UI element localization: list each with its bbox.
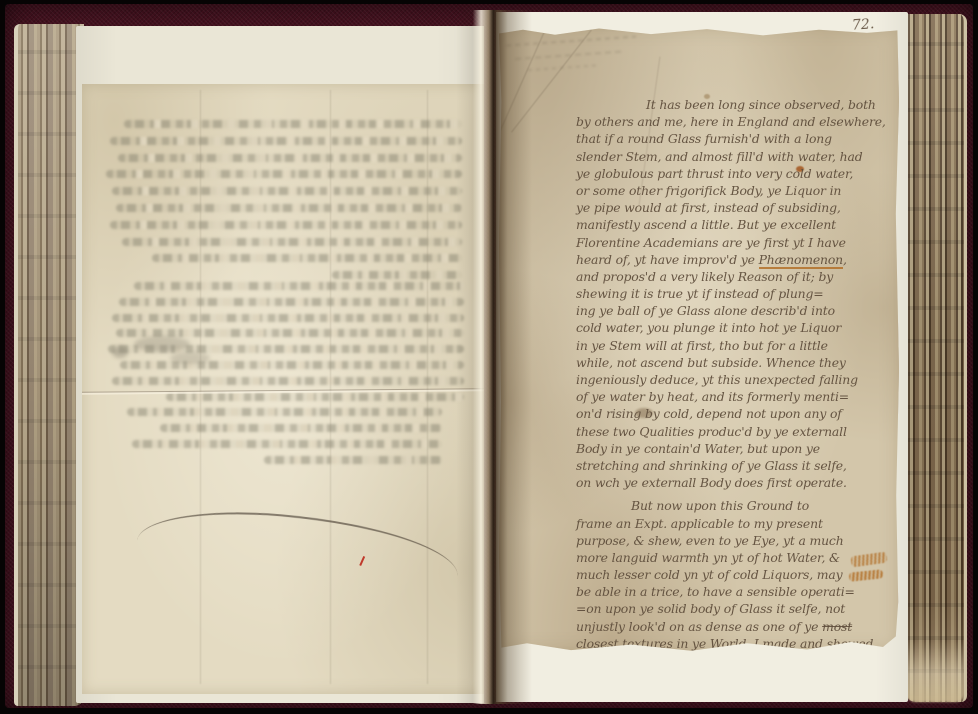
manuscript-line: purpose, & shew, even to ye Eye, yt a mu… [576, 532, 898, 549]
ghost-text-line [112, 187, 462, 195]
manuscript-line: or some other frigorifick Body, ye Liquo… [576, 182, 898, 199]
ghost-text-line [106, 170, 462, 178]
manuscript-line: frame an Expt. applicable to my present [576, 515, 898, 532]
page-number: 72. [851, 16, 874, 34]
ghost-text-line [124, 120, 462, 128]
manuscript-line: more languid warmth yn yt of hot Water, … [576, 549, 898, 566]
manuscript-line: that if a round Glass furnish'd with a l… [576, 130, 898, 147]
manuscript-line: cold water, you plunge it into hot ye Li… [576, 319, 898, 336]
ghost-text-line [116, 204, 462, 212]
orange-smudge [848, 569, 883, 582]
manuscript-leaf: It has been long since observed, bothby … [499, 26, 899, 652]
page-edges-right [906, 14, 967, 702]
manuscript-line: It has been long since observed, both [576, 96, 898, 113]
blank-leaf-verso [82, 84, 484, 694]
manuscript-line: slender Stem, and almost fill'd with wat… [576, 148, 898, 165]
ghost-text-line [120, 361, 464, 369]
manuscript-line: be able in a trice, to have a sensible o… [576, 583, 898, 600]
manuscript-line: by others and me, here in England and el… [576, 113, 898, 130]
vertical-crease [427, 90, 428, 684]
ghost-text-line [110, 221, 462, 229]
ink-smudge [134, 336, 190, 352]
manuscript-line: ing ye ball of ye Glass alone describ'd … [576, 302, 898, 319]
ghost-text-line [110, 137, 462, 145]
manuscript-line: ingeniously deduce, yt this unexpected f… [576, 371, 898, 388]
ghost-text-line [127, 408, 442, 416]
ink-smudge [112, 346, 128, 358]
ghost-text-line [264, 456, 442, 464]
manuscript-line: on wch ye externall Body does first oper… [576, 474, 898, 491]
manuscript-line: ye globulous part thrust into very cold … [576, 165, 898, 182]
vertical-crease [330, 90, 331, 684]
underlined-word: Phænomenon [759, 252, 843, 269]
ink-smudge [170, 352, 210, 364]
ghost-text-line [160, 424, 442, 432]
manuscript-line: stretching and shrinking of ye Glass it … [576, 457, 898, 474]
manuscript-line: while, not ascend but subside. Whence th… [576, 354, 898, 371]
manuscript-line: much lesser cold yn yt of cold Liquors, … [576, 566, 898, 583]
manuscript-line: on'd rising by cold, depend not upon any… [576, 405, 898, 422]
manuscript-line: But now upon this Ground to [576, 497, 898, 514]
struck-word: most [822, 619, 852, 634]
manuscript-line: Body in ye contain'd Water, but upon ye [576, 440, 898, 457]
ghost-text-line [118, 154, 462, 162]
manuscript-line: shewing it is true yt if instead of plun… [576, 285, 898, 302]
manuscript-line: =on upon ye solid body of Glass it selfe… [576, 600, 898, 617]
manuscript-line: manifestly ascend a little. But ye excel… [576, 216, 898, 233]
ghost-text-line [332, 271, 462, 279]
manuscript-line: heard of, yt have improv'd ye Phænomenon… [576, 251, 898, 268]
ghost-text-line [152, 254, 462, 262]
ghost-text-line [112, 314, 464, 322]
manuscript-line: in ye Stem will at first, tho but for a … [576, 337, 898, 354]
manuscript-line: of ye water by heat, and its formerly me… [576, 388, 898, 405]
stray-pencil-arc [137, 502, 462, 578]
ghost-text-line [119, 298, 464, 306]
book-photo: 72. It has been long since observed, bot… [0, 0, 978, 714]
manuscript-line: these two Qualities produc'd by ye exter… [576, 423, 898, 440]
manuscript-text: It has been long since observed, bothby … [576, 96, 898, 652]
manuscript-line: Florentine Academians are ye first yt I … [576, 234, 898, 251]
manuscript-line: ye pipe would at first, instead of subsi… [576, 199, 898, 216]
ghost-text-line [132, 440, 442, 448]
vertical-crease [200, 90, 201, 684]
manuscript-line: unjustly look'd on as dense as one of ye… [576, 618, 898, 635]
ghost-text-line [112, 377, 464, 385]
manuscript-line: and propos'd a very likely Reason of it;… [576, 268, 898, 285]
page-edges-left [14, 24, 84, 706]
ghost-text-line [122, 238, 462, 246]
ghost-text-line [134, 282, 464, 290]
